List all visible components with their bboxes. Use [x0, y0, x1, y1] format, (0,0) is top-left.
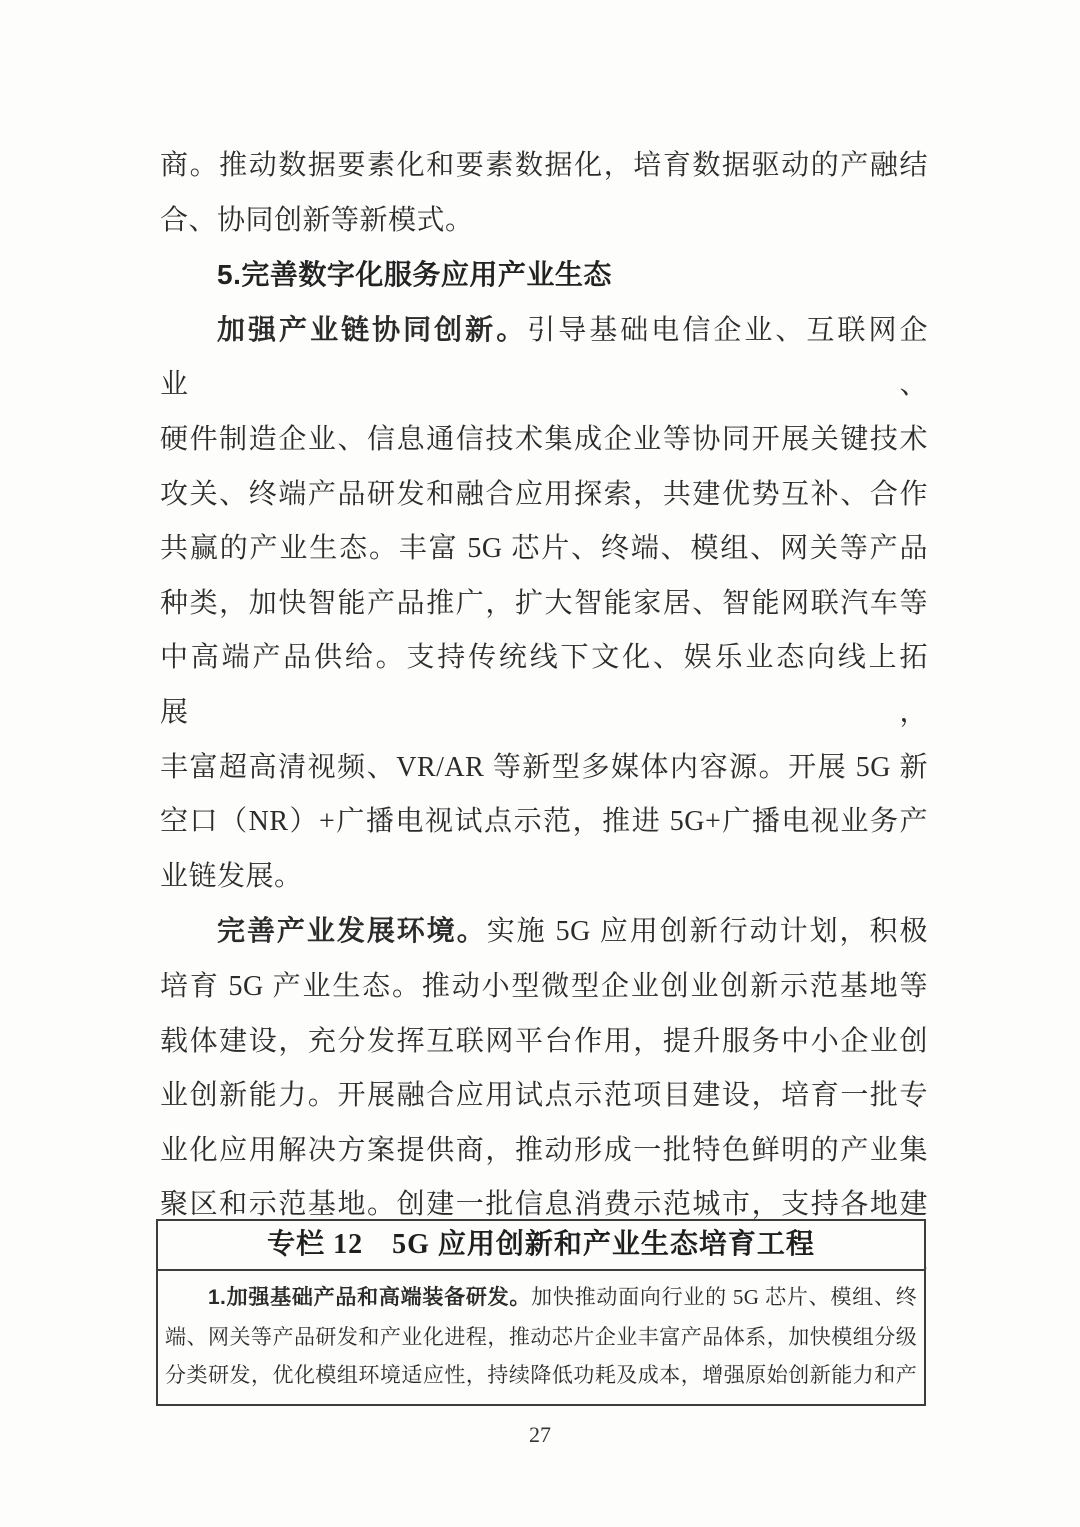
document-page: 商。推动数据要素化和要素数据化，培育数据驱动的产融结合、协同创新等新模式。5.完… — [0, 0, 1080, 1527]
text-line: 端、网关等产品研发和产业化进程，推动芯片企业丰富产品体系，加快模组分级 — [165, 1318, 917, 1357]
text-line: 业链发展。 — [160, 850, 928, 905]
callout-box-title: 专栏 12 5G 应用创新和产业生态培育工程 — [158, 1221, 924, 1271]
text-line: 业化应用解决方案提供商，推动形成一批特色鲜明的产业集 — [160, 1124, 928, 1179]
text-line: 种类，加快智能产品推广，扩大智能家居、智能网联汽车等 — [160, 577, 928, 632]
text-line: 攻关、终端产品研发和融合应用探索，共建优势互补、合作 — [160, 468, 928, 523]
page-number: 27 — [0, 1422, 1080, 1448]
text-line: 载体建设，充分发挥互联网平台作用，提升服务中小企业创 — [160, 1015, 928, 1070]
text-line: 商。推动数据要素化和要素数据化，培育数据驱动的产融结 — [160, 139, 928, 194]
body-text: 商。推动数据要素化和要素数据化，培育数据驱动的产融结合、协同创新等新模式。5.完… — [160, 139, 928, 1342]
text-line: 加强产业链协同创新。引导基础电信企业、互联网企业、 — [160, 303, 928, 413]
text-line: 硬件制造企业、信息通信技术集成企业等协同开展关键技术 — [160, 413, 928, 468]
callout-box-body: 1.加强基础产品和高端装备研发。加快推动面向行业的 5G 芯片、模组、终端、网关… — [158, 1271, 924, 1404]
text-line: 共赢的产业生态。丰富 5G 芯片、终端、模组、网关等产品 — [160, 522, 928, 577]
bold-lead: 加强产业链协同创新。 — [217, 314, 527, 345]
text-line: 分类研发，优化模组环境适应性，持续降低功耗及成本，增强原始创新能力和产 — [165, 1356, 917, 1395]
text-line: 业创新能力。开展融合应用试点示范项目建设，培育一批专 — [160, 1069, 928, 1124]
text-line: 空口（NR）+广播电视试点示范，推进 5G+广播电视业务产 — [160, 795, 928, 850]
callout-box: 专栏 12 5G 应用创新和产业生态培育工程 1.加强基础产品和高端装备研发。加… — [156, 1219, 926, 1406]
text-line: 中高端产品供给。支持传统线下文化、娱乐业态向线上拓展， — [160, 631, 928, 740]
text-line: 培育 5G 产业生态。推动小型微型企业创业创新示范基地等 — [160, 960, 928, 1015]
text-line: 合、协同创新等新模式。 — [160, 194, 928, 249]
section-heading: 5.完善数字化服务应用产业生态 — [160, 248, 928, 303]
text-line: 1.加强基础产品和高端装备研发。加快推动面向行业的 5G 芯片、模组、终 — [165, 1278, 917, 1318]
text-line: 丰富超高清视频、VR/AR 等新型多媒体内容源。开展 5G 新 — [160, 741, 928, 796]
bold-lead: 完善产业发展环境。 — [217, 915, 487, 946]
text-line: 完善产业发展环境。实施 5G 应用创新行动计划，积极 — [160, 904, 928, 960]
bold-lead: 1.加强基础产品和高端装备研发。 — [208, 1286, 531, 1309]
